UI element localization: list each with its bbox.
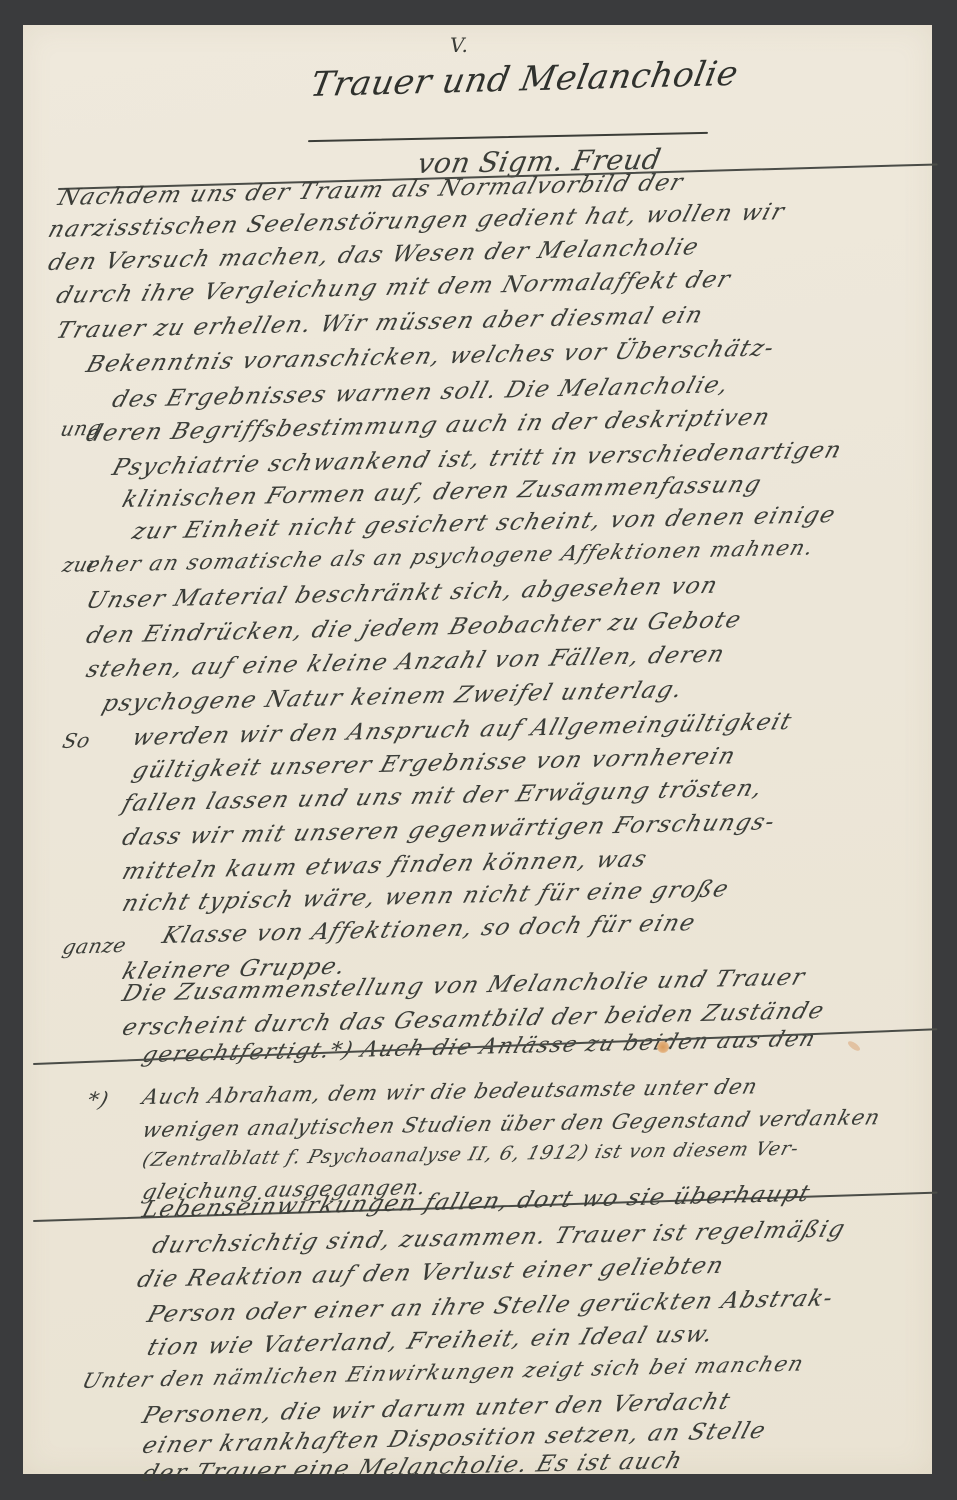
ink-stain [847, 1040, 862, 1053]
footnote-line: Auch Abraham, dem wir die bedeutsamste u… [140, 1074, 761, 1109]
title-underline [308, 132, 708, 142]
continuation-line: Person oder einer an ihre Stelle gerückt… [144, 1285, 837, 1328]
margin-note: So [60, 728, 93, 753]
body-line: mitteln kaum etwas finden können, was [119, 846, 651, 885]
document-title: Trauer und Melancholie [307, 54, 741, 105]
margin-note: zur [60, 552, 100, 577]
body-line: Trauer zu erhellen. Wir müssen aber dies… [53, 302, 707, 344]
body-line: dass wir mit unseren gegenwärtigen Forsc… [119, 809, 779, 851]
footnote-marker: *) [85, 1088, 112, 1112]
body-line: Klasse von Affektionen, so doch für eine [159, 910, 699, 949]
footnote-line: wenigen analytischen Studien über den Ge… [140, 1105, 884, 1142]
margin-note: ganze [60, 933, 129, 959]
body-line: Bekenntnis voranschicken, welches vor Üb… [83, 335, 778, 378]
margin-note: ung [58, 416, 104, 441]
ink-stain [657, 1041, 669, 1053]
footnote-line: (Zentralblatt f. Psychoanalyse II, 6, 19… [140, 1138, 802, 1171]
continuation-line: die Reaktion auf den Verlust einer gelie… [134, 1253, 728, 1293]
body-line: psychogene Natur keinem Zweifel unterlag… [99, 677, 687, 717]
body-line: Unser Material beschränkt sich, abgesehe… [83, 573, 722, 614]
body-line: stehen, auf eine kleine Anzahl von Fälle… [83, 642, 729, 683]
manuscript-page: V. Trauer und Melancholie von Sigm. Freu… [23, 25, 932, 1474]
continuation-line: durchsichtig sind, zusammen. Trauer ist … [149, 1216, 849, 1259]
chapter-numeral: V. [450, 33, 468, 57]
